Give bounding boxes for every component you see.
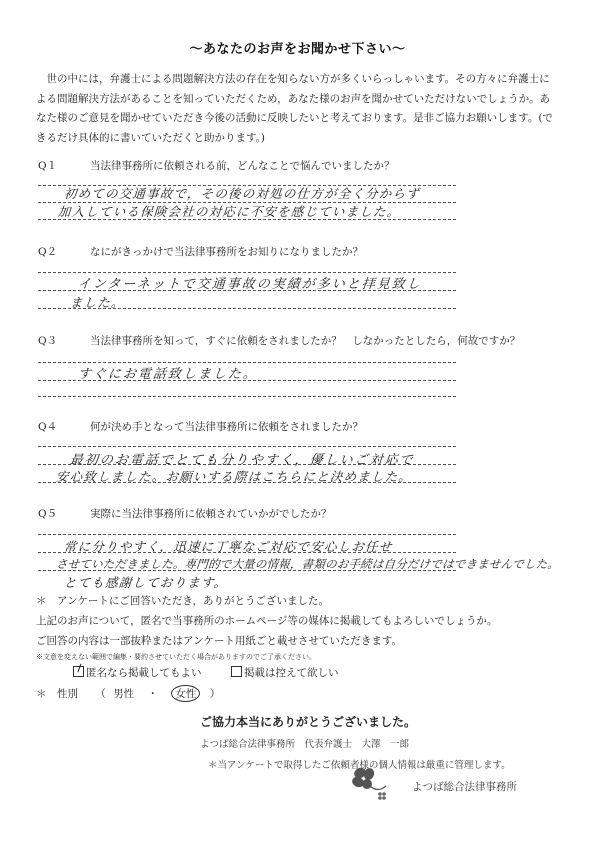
question-text: 当法律事務所に依頼される前，どんなことで悩んでいましたか？ bbox=[90, 160, 395, 172]
intro-paragraph: 世の中には，弁護士による問題解決方法の存在を知らない方が多くいらっしゃいます。そ… bbox=[36, 70, 556, 148]
answer-line bbox=[38, 534, 456, 535]
gender-option-male[interactable]: 男性 bbox=[113, 688, 134, 700]
handwritten-answer: ました。 bbox=[69, 293, 125, 311]
handwritten-answer: 初めての交通事故で，その後の対処の仕方が全く分からず bbox=[63, 184, 420, 202]
paren-open: （ bbox=[95, 688, 106, 700]
question-number: Q１ bbox=[38, 158, 90, 173]
paren-close: ） bbox=[210, 688, 221, 700]
gender-option-female-selected[interactable]: 女性 bbox=[171, 685, 200, 702]
publish-option-anonymous[interactable]: 匿名なら掲載してもよい bbox=[73, 665, 202, 680]
answer-line bbox=[38, 396, 456, 397]
option-label: 匿名なら掲載してもよい bbox=[86, 667, 202, 679]
gender-field: ＊ 性別 （ 男性 ・ 女性 ） bbox=[36, 685, 220, 702]
gender-separator: ・ bbox=[148, 688, 159, 700]
publish-scope: ご回答の内容は一部抜粋またはアンケート用紙ごと載せさせていただきます。 bbox=[36, 633, 402, 648]
question-2: Q２なにがきっかけで当法律事務所をお知りになりましたか？ bbox=[38, 244, 363, 259]
handwritten-answer: させていただきました。専門的で大量の情報，書類のお手続は自分だけではできませんで… bbox=[55, 556, 559, 572]
question-text: 何が決め手となって当法律事務所に依頼をされましたか？ bbox=[90, 421, 363, 433]
firm-name: よつば総合法律事務所 bbox=[412, 779, 517, 794]
handwritten-answer: 安心致しました。お願いする際はこちらにと決めました。 bbox=[55, 467, 412, 485]
answer-line bbox=[38, 446, 456, 447]
question-4: Q４何が決め手となって当法律事務所に依頼をされましたか？ bbox=[38, 419, 363, 434]
question-number: Q３ bbox=[38, 333, 90, 348]
publish-question: 上記のお声について，匿名で当事務所のホームページ等の媒体に掲載してもよろしいでし… bbox=[36, 613, 497, 628]
publish-option-decline[interactable]: 掲載は控えて欲しい bbox=[231, 665, 339, 680]
question-3: Q３当法律事務所を知って，すぐに依頼をされましたか？ しなかったとしたら，何故で… bbox=[38, 333, 520, 348]
checkbox-checked[interactable] bbox=[73, 666, 84, 677]
checkbox-unchecked[interactable] bbox=[231, 666, 242, 677]
question-number: Q４ bbox=[38, 419, 90, 434]
intro-text: 世の中には，弁護士による問題解決方法の存在を知らない方が多くいらっしゃいます。そ… bbox=[36, 70, 556, 148]
question-text: 当法律事務所を知って，すぐに依頼をされましたか？ しなかったとしたら，何故ですか… bbox=[90, 335, 520, 347]
handwritten-answer: 最初のお電話でとても分りやすく，優しいご対応で bbox=[69, 449, 415, 468]
signature: よつば総合法律事務所 代表弁護士 大澤 一郎 bbox=[200, 736, 409, 750]
edit-notice: ※文意を変えない範囲で編集・要約させていただく場合がありますのでご了承ください。 bbox=[36, 652, 316, 662]
handwritten-answer: 加入している保険会社の対応に不安を感じていました。 bbox=[57, 202, 401, 220]
question-number: Q５ bbox=[38, 506, 90, 521]
handwritten-answer: すぐにお電話致しました。 bbox=[77, 363, 258, 382]
page-title: ～あなたのお声をお聞かせ下さい～ bbox=[0, 38, 595, 57]
question-5: Q５実際に当法律事務所に依頼されていかがでしたか？ bbox=[38, 506, 332, 521]
option-label: 掲載は控えて欲しい bbox=[244, 667, 339, 679]
question-number: Q２ bbox=[38, 244, 90, 259]
question-text: 実際に当法律事務所に依頼されていかがでしたか？ bbox=[90, 508, 332, 520]
handwritten-answer: とても感謝しております。 bbox=[63, 573, 228, 591]
question-1: Q１当法律事務所に依頼される前，どんなことで悩んでいましたか？ bbox=[38, 158, 395, 173]
thanks-note: ＊ アンケートにご回答いただき，ありがとうございました。 bbox=[36, 593, 329, 608]
footer-thanks: ご協力本当にありがとうございました。 bbox=[200, 713, 416, 730]
handwritten-answer: 常に分りやすく，迅速に丁寧なご対応で安心しお任せ bbox=[63, 537, 393, 555]
question-text: なにがきっかけで当法律事務所をお知りになりましたか？ bbox=[90, 246, 363, 258]
clover-icon bbox=[350, 766, 395, 802]
gender-label: ＊ 性別 bbox=[36, 688, 78, 700]
handwritten-answer: インターネットで交通事故の実績が多いと拝見致し bbox=[77, 273, 422, 292]
